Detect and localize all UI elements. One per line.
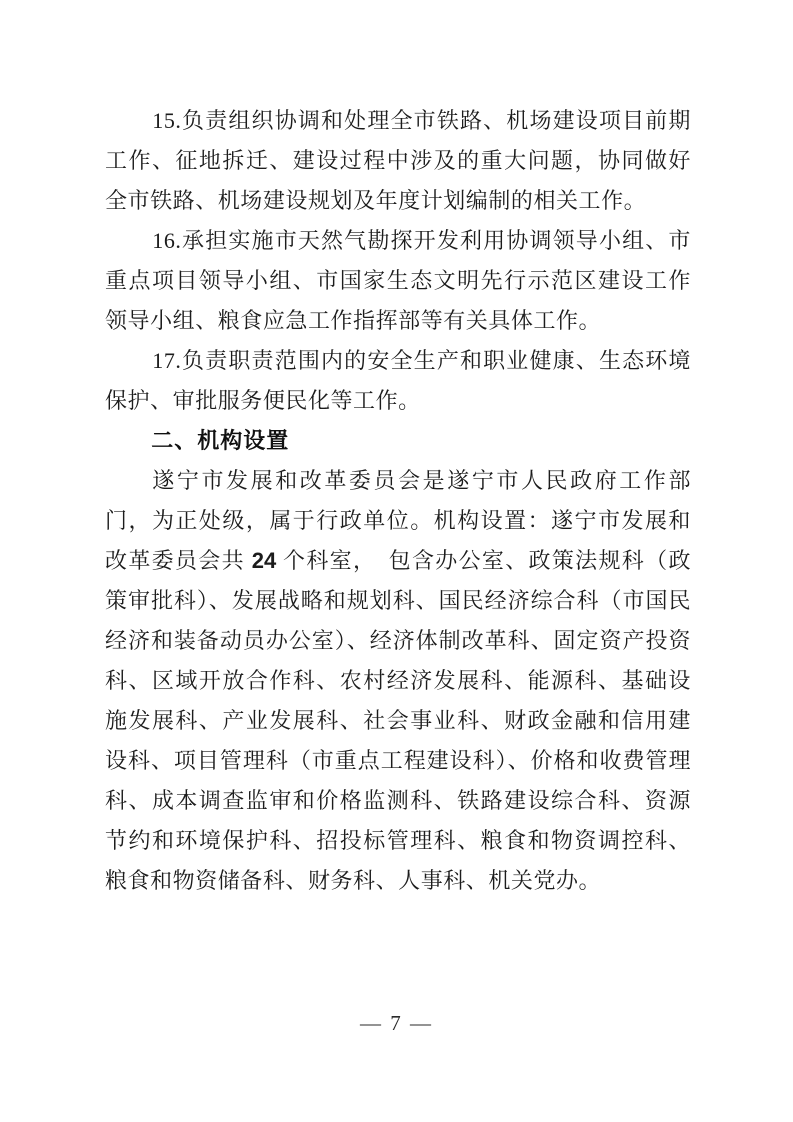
paragraph-organization: 遂宁市发展和改革委员会是遂宁市人民政府工作部门，为正处级，属于行政单位。机构设置… [105, 461, 691, 901]
org-para-department-count: 24 [252, 548, 276, 573]
document-page: 15.负责组织协调和处理全市铁路、机场建设项目前期工作、征地拆迁、建设过程中涉及… [0, 0, 793, 1122]
paragraph-item-17: 17.负责职责范围内的安全生产和职业健康、生态环境保护、审批服务便民化等工作。 [105, 341, 691, 421]
page-number: — 7 — [0, 1008, 793, 1038]
org-para-text-after: 个科室， 包含办公室、政策法规科（政策审批科）、发展战略和规划科、国民经济综合科… [105, 548, 691, 893]
paragraph-item-15: 15.负责组织协调和处理全市铁路、机场建设项目前期工作、征地拆迁、建设过程中涉及… [105, 101, 691, 221]
section-heading: 二、机构设置 [105, 421, 691, 461]
document-content: 15.负责组织协调和处理全市铁路、机场建设项目前期工作、征地拆迁、建设过程中涉及… [105, 101, 691, 901]
paragraph-item-16: 16.承担实施市天然气勘探开发利用协调领导小组、市重点项目领导小组、市国家生态文… [105, 221, 691, 341]
